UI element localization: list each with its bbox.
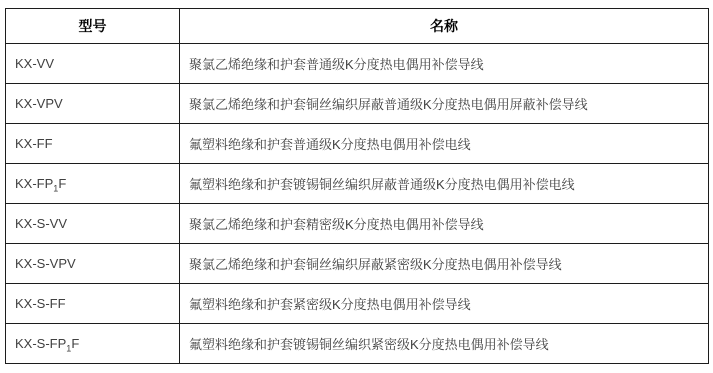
header-model: 型号 bbox=[6, 9, 180, 44]
model-text: KX-S-VPV bbox=[15, 256, 76, 271]
compensating-wire-spec-table: 型号 名称 KX-VV 聚氯乙烯绝缘和护套普通级K分度热电偶用补偿导线 KX-V… bbox=[5, 8, 709, 364]
name-cell: 氟塑料绝缘和护套普通级K分度热电偶用补偿电线 bbox=[180, 124, 709, 164]
model-cell: KX-FP1F bbox=[6, 164, 180, 204]
name-cell: 聚氯乙烯绝缘和护套普通级K分度热电偶用补偿导线 bbox=[180, 44, 709, 84]
table-row: KX-FP1F 氟塑料绝缘和护套镀锡铜丝编织屏蔽普通级K分度热电偶用补偿电线 bbox=[6, 164, 709, 204]
model-text: KX-S-FP bbox=[15, 336, 66, 351]
model-text: KX-S-FF bbox=[15, 296, 66, 311]
model-text: KX-FP bbox=[15, 176, 53, 191]
table-row: KX-S-VV 聚氯乙烯绝缘和护套精密级K分度热电偶用补偿导线 bbox=[6, 204, 709, 244]
model-cell: KX-VV bbox=[6, 44, 180, 84]
name-cell: 氟塑料绝缘和护套镀锡铜丝编织屏蔽普通级K分度热电偶用补偿电线 bbox=[180, 164, 709, 204]
model-text-suffix: F bbox=[58, 176, 66, 191]
name-cell: 聚氯乙烯绝缘和护套精密级K分度热电偶用补偿导线 bbox=[180, 204, 709, 244]
model-text: KX-S-VV bbox=[15, 216, 67, 231]
name-cell: 氟塑料绝缘和护套紧密级K分度热电偶用补偿导线 bbox=[180, 284, 709, 324]
model-cell: KX-S-FF bbox=[6, 284, 180, 324]
table-row: KX-VPV 聚氯乙烯绝缘和护套铜丝编织屏蔽普通级K分度热电偶用屏蔽补偿导线 bbox=[6, 84, 709, 124]
table-row: KX-S-VPV 聚氯乙烯绝缘和护套铜丝编织屏蔽紧密级K分度热电偶用补偿导线 bbox=[6, 244, 709, 284]
name-cell: 氟塑料绝缘和护套镀锡铜丝编织紧密级K分度热电偶用补偿导线 bbox=[180, 324, 709, 364]
model-cell: KX-VPV bbox=[6, 84, 180, 124]
table-row: KX-VV 聚氯乙烯绝缘和护套普通级K分度热电偶用补偿导线 bbox=[6, 44, 709, 84]
model-cell: KX-FF bbox=[6, 124, 180, 164]
name-cell: 聚氯乙烯绝缘和护套铜丝编织屏蔽普通级K分度热电偶用屏蔽补偿导线 bbox=[180, 84, 709, 124]
model-cell: KX-S-VV bbox=[6, 204, 180, 244]
name-cell: 聚氯乙烯绝缘和护套铜丝编织屏蔽紧密级K分度热电偶用补偿导线 bbox=[180, 244, 709, 284]
model-text-suffix: F bbox=[71, 336, 79, 351]
model-text: KX-VPV bbox=[15, 96, 63, 111]
model-cell: KX-S-FP1F bbox=[6, 324, 180, 364]
table-row: KX-FF 氟塑料绝缘和护套普通级K分度热电偶用补偿电线 bbox=[6, 124, 709, 164]
model-cell: KX-S-VPV bbox=[6, 244, 180, 284]
table-header-row: 型号 名称 bbox=[6, 9, 709, 44]
table-row: KX-S-FP1F 氟塑料绝缘和护套镀锡铜丝编织紧密级K分度热电偶用补偿导线 bbox=[6, 324, 709, 364]
model-text: KX-VV bbox=[15, 56, 54, 71]
table-row: KX-S-FF 氟塑料绝缘和护套紧密级K分度热电偶用补偿导线 bbox=[6, 284, 709, 324]
model-text: KX-FF bbox=[15, 136, 53, 151]
header-name: 名称 bbox=[180, 9, 709, 44]
